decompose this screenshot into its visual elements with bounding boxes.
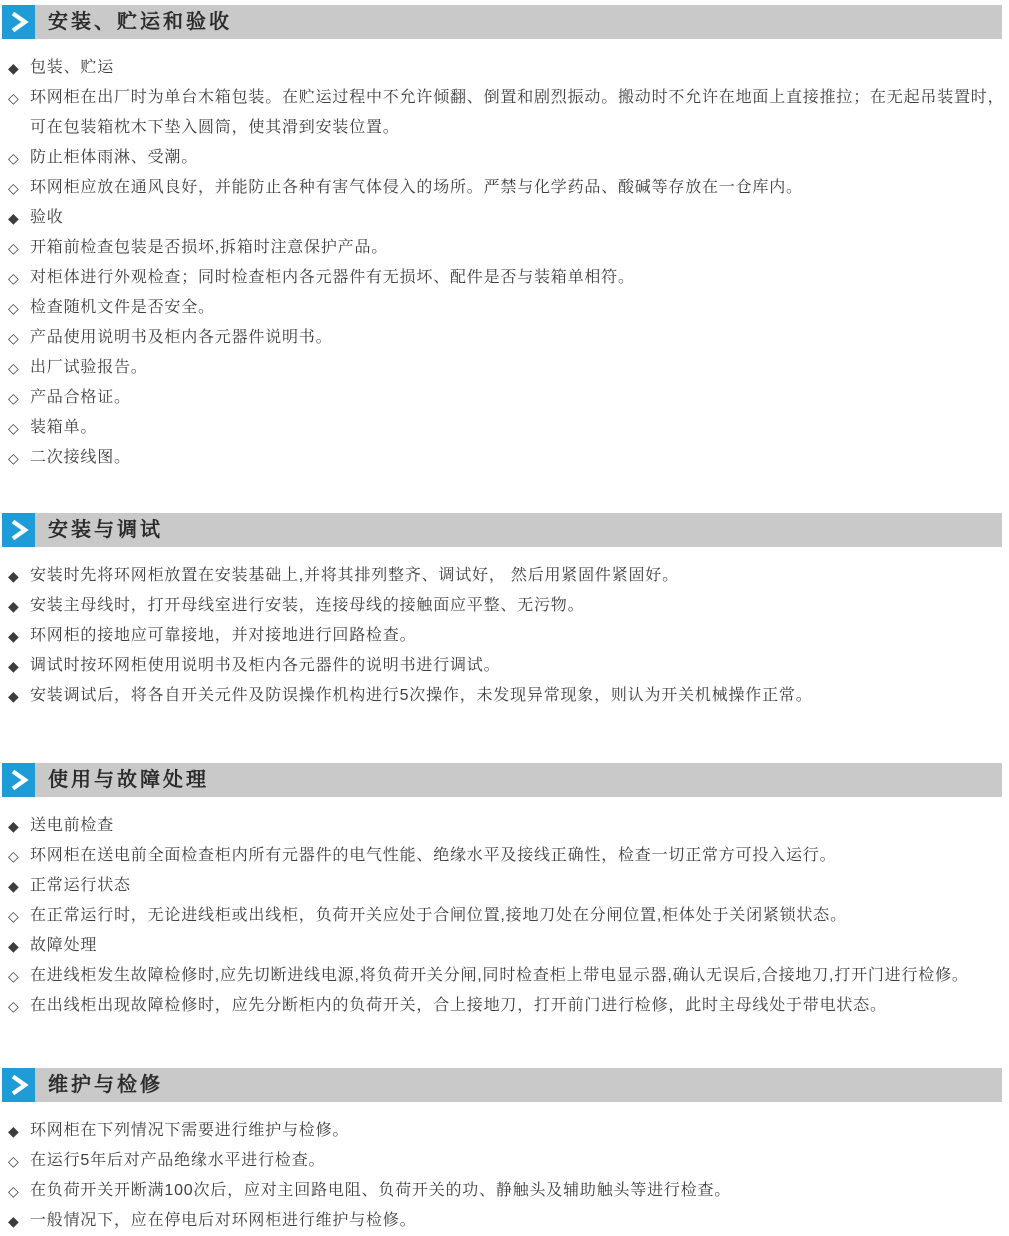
section-title: 使用与故障处理 (35, 763, 209, 797)
item-text: 在出线柜出现故障检修时，应先分断柜内的负荷开关，合上接地刀，打开前门进行检修，此… (30, 991, 887, 1021)
item-text: 调试时按环网柜使用说明书及柜内各元器件的说明书进行调试。 (30, 651, 500, 681)
diamond-bullet-icon: ◇ (8, 901, 30, 931)
diamond-bullet-icon: ◇ (8, 961, 30, 991)
list-item: ◇在出线柜出现故障检修时，应先分断柜内的负荷开关，合上接地刀，打开前门进行检修，… (8, 991, 1009, 1021)
list-item: ◆一般情况下，应在停电后对环网柜进行维护与检修。 (8, 1206, 1009, 1236)
item-text: 正常运行状态 (30, 871, 131, 901)
item-text: 包装、贮运 (30, 53, 114, 83)
section-title: 维护与检修 (35, 1068, 163, 1102)
list-item: ◆调试时按环网柜使用说明书及柜内各元器件的说明书进行调试。 (8, 651, 1009, 681)
list-item: ◆包装、贮运 (8, 53, 1009, 83)
chevron-right-icon (2, 763, 35, 797)
list-item: ◆环网柜在下列情况下需要进行维护与检修。 (8, 1116, 1009, 1146)
section-title: 安装、贮运和验收 (35, 5, 232, 39)
list-item: ◇出厂试验报告。 (8, 353, 1009, 383)
diamond-bullet-icon: ◇ (8, 841, 30, 871)
item-text: 安装调试后，将各自开关元件及防误操作机构进行5次操作，未发现异常现象，则认为开关… (30, 681, 813, 711)
item-text: 验收 (30, 203, 64, 233)
list-item: ◆验收 (8, 203, 1009, 233)
list-item: ◆安装时先将环网柜放置在安装基础上,并将其排列整齐、调试好， 然后用紧固件紧固好… (8, 561, 1009, 591)
item-text: 产品使用说明书及柜内各元器件说明书。 (30, 323, 332, 353)
item-text: 在负荷开关开断满100次后，应对主回路电阻、负荷开关的功、静触头及辅助触头等进行… (30, 1176, 731, 1206)
item-text: 产品合格证。 (30, 383, 131, 413)
section-install-debug: 安装与调试 ◆安装时先将环网柜放置在安装基础上,并将其排列整齐、调试好， 然后用… (0, 513, 1009, 711)
list-item: ◇在运行5年后对产品绝缘水平进行检查。 (8, 1146, 1009, 1176)
list-item: ◆故障处理 (8, 931, 1009, 961)
list-item: ◆安装调试后，将各自开关元件及防误操作机构进行5次操作，未发现异常现象，则认为开… (8, 681, 1009, 711)
section-title: 安装与调试 (35, 513, 163, 547)
chevron-right-icon (2, 1068, 35, 1102)
diamond-bullet-icon: ◆ (8, 681, 30, 711)
list-item: ◇环网柜在送电前全面检查柜内所有元器件的电气性能、绝缘水平及接线正确性，检查一切… (8, 841, 1009, 871)
list-item: ◇二次接线图。 (8, 443, 1009, 473)
section-header: 维护与检修 (2, 1068, 1002, 1102)
diamond-bullet-icon: ◆ (8, 621, 30, 651)
diamond-bullet-icon: ◇ (8, 83, 30, 113)
diamond-bullet-icon: ◇ (8, 383, 30, 413)
list-item: ◇环网柜应放在通风良好，并能防止各种有害气体侵入的场所。严禁与化学药品、酸碱等存… (8, 173, 1009, 203)
item-text: 故障处理 (30, 931, 97, 961)
list-item: ◇产品合格证。 (8, 383, 1009, 413)
list-item: ◆安装主母线时，打开母线室进行安装，连接母线的接触面应平整、无污物。 (8, 591, 1009, 621)
section-header: 安装与调试 (2, 513, 1002, 547)
item-text: 出厂试验报告。 (30, 353, 148, 383)
item-text: 安装主母线时，打开母线室进行安装，连接母线的接触面应平整、无污物。 (30, 591, 584, 621)
diamond-bullet-icon: ◆ (8, 931, 30, 961)
diamond-bullet-icon: ◇ (8, 1146, 30, 1176)
item-text: 检查随机文件是否安全。 (30, 293, 215, 323)
list-item: ◇检查随机文件是否安全。 (8, 293, 1009, 323)
diamond-bullet-icon: ◆ (8, 203, 30, 233)
diamond-bullet-icon: ◆ (8, 53, 30, 83)
section-body: ◆包装、贮运 ◇环网柜在出厂时为单台木箱包装。在贮运过程中不允许倾翻、倒置和剧烈… (0, 39, 1009, 473)
section-header: 使用与故障处理 (2, 763, 1002, 797)
section-maintenance-overhaul: 维护与检修 ◆环网柜在下列情况下需要进行维护与检修。 ◇在运行5年后对产品绝缘水… (0, 1068, 1009, 1236)
diamond-bullet-icon: ◇ (8, 353, 30, 383)
item-text: 环网柜在下列情况下需要进行维护与检修。 (30, 1116, 349, 1146)
diamond-bullet-icon: ◆ (8, 591, 30, 621)
list-item: ◇在正常运行时，无论进线柜或出线柜，负荷开关应处于合闸位置,接地刀处在分闸位置,… (8, 901, 1009, 931)
item-text: 防止柜体雨淋、受潮。 (30, 143, 198, 173)
diamond-bullet-icon: ◇ (8, 173, 30, 203)
diamond-bullet-icon: ◇ (8, 1176, 30, 1206)
diamond-bullet-icon: ◆ (8, 651, 30, 681)
section-usage-fault-handling: 使用与故障处理 ◆送电前检查 ◇环网柜在送电前全面检查柜内所有元器件的电气性能、… (0, 763, 1009, 1021)
document-page: 安装、贮运和验收 ◆包装、贮运 ◇环网柜在出厂时为单台木箱包装。在贮运过程中不允… (0, 5, 1009, 1236)
chevron-right-icon (2, 5, 35, 39)
list-item: ◇产品使用说明书及柜内各元器件说明书。 (8, 323, 1009, 353)
list-item: ◇环网柜在出厂时为单台木箱包装。在贮运过程中不允许倾翻、倒置和剧烈振动。搬动时不… (8, 83, 1009, 143)
diamond-bullet-icon: ◆ (8, 561, 30, 591)
list-item: ◇开箱前检查包装是否损坏,拆箱时注意保护产品。 (8, 233, 1009, 263)
item-text: 在正常运行时，无论进线柜或出线柜，负荷开关应处于合闸位置,接地刀处在分闸位置,柜… (30, 901, 847, 931)
item-text: 环网柜在送电前全面检查柜内所有元器件的电气性能、绝缘水平及接线正确性，检查一切正… (30, 841, 836, 871)
item-text: 二次接线图。 (30, 443, 131, 473)
diamond-bullet-icon: ◆ (8, 871, 30, 901)
diamond-bullet-icon: ◆ (8, 811, 30, 841)
item-text: 对柜体进行外观检查；同时检查柜内各元器件有无损坏、配件是否与装箱单相符。 (30, 263, 635, 293)
section-install-transport-acceptance: 安装、贮运和验收 ◆包装、贮运 ◇环网柜在出厂时为单台木箱包装。在贮运过程中不允… (0, 5, 1009, 473)
diamond-bullet-icon: ◇ (8, 323, 30, 353)
list-item: ◆环网柜的接地应可靠接地，并对接地进行回路检查。 (8, 621, 1009, 651)
list-item: ◆送电前检查 (8, 811, 1009, 841)
diamond-bullet-icon: ◇ (8, 233, 30, 263)
item-text: 开箱前检查包装是否损坏,拆箱时注意保护产品。 (30, 233, 388, 263)
diamond-bullet-icon: ◇ (8, 443, 30, 473)
diamond-bullet-icon: ◆ (8, 1206, 30, 1236)
list-item: ◇防止柜体雨淋、受潮。 (8, 143, 1009, 173)
diamond-bullet-icon: ◇ (8, 263, 30, 293)
list-item: ◆正常运行状态 (8, 871, 1009, 901)
list-item: ◇在进线柜发生故障检修时,应先切断进线电源,将负荷开关分闸,同时检查柜上带电显示… (8, 961, 1009, 991)
section-body: ◆安装时先将环网柜放置在安装基础上,并将其排列整齐、调试好， 然后用紧固件紧固好… (0, 547, 1009, 711)
item-text: 环网柜的接地应可靠接地，并对接地进行回路检查。 (30, 621, 416, 651)
item-text: 一般情况下，应在停电后对环网柜进行维护与检修。 (30, 1206, 416, 1236)
diamond-bullet-icon: ◆ (8, 1116, 30, 1146)
diamond-bullet-icon: ◇ (8, 413, 30, 443)
list-item: ◇对柜体进行外观检查；同时检查柜内各元器件有无损坏、配件是否与装箱单相符。 (8, 263, 1009, 293)
diamond-bullet-icon: ◇ (8, 991, 30, 1021)
section-header: 安装、贮运和验收 (2, 5, 1002, 39)
diamond-bullet-icon: ◇ (8, 143, 30, 173)
item-text: 环网柜应放在通风良好，并能防止各种有害气体侵入的场所。严禁与化学药品、酸碱等存放… (30, 173, 803, 203)
item-text: 在进线柜发生故障检修时,应先切断进线电源,将负荷开关分闸,同时检查柜上带电显示器… (30, 961, 969, 991)
section-body: ◆送电前检查 ◇环网柜在送电前全面检查柜内所有元器件的电气性能、绝缘水平及接线正… (0, 797, 1009, 1021)
item-text: 环网柜在出厂时为单台木箱包装。在贮运过程中不允许倾翻、倒置和剧烈振动。搬动时不允… (30, 83, 1007, 143)
diamond-bullet-icon: ◇ (8, 293, 30, 323)
chevron-right-icon (2, 513, 35, 547)
list-item: ◇在负荷开关开断满100次后，应对主回路电阻、负荷开关的功、静触头及辅助触头等进… (8, 1176, 1009, 1206)
item-text: 安装时先将环网柜放置在安装基础上,并将其排列整齐、调试好， 然后用紧固件紧固好。 (30, 561, 679, 591)
list-item: ◇装箱单。 (8, 413, 1009, 443)
item-text: 送电前检查 (30, 811, 114, 841)
item-text: 装箱单。 (30, 413, 97, 443)
section-body: ◆环网柜在下列情况下需要进行维护与检修。 ◇在运行5年后对产品绝缘水平进行检查。… (0, 1102, 1009, 1236)
item-text: 在运行5年后对产品绝缘水平进行检查。 (30, 1146, 325, 1176)
